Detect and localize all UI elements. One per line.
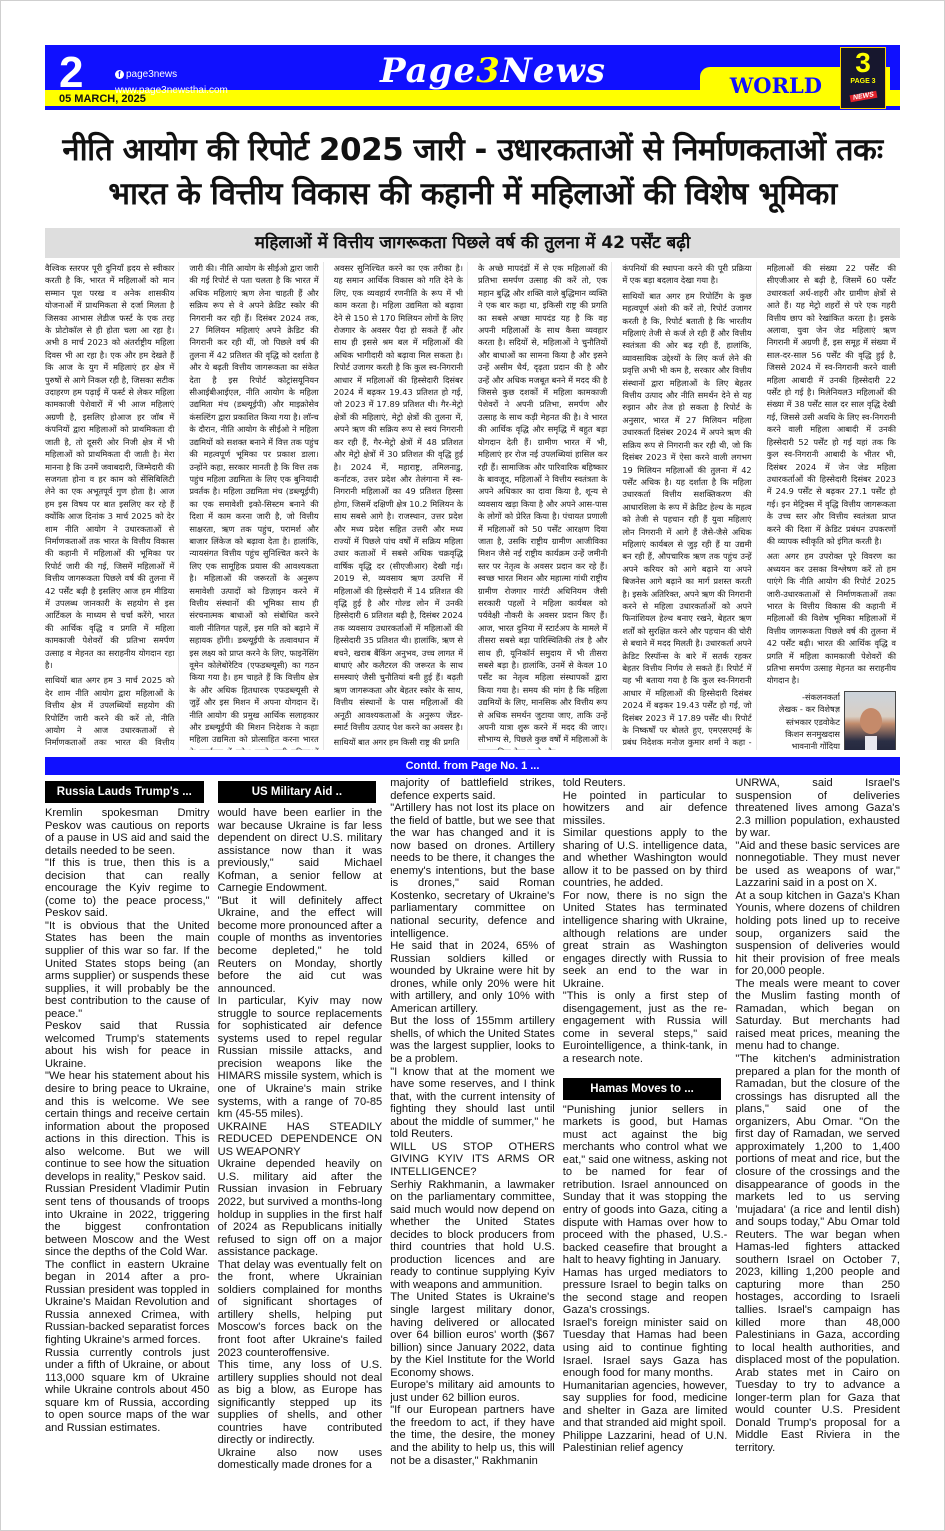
- hindi-column-2: जारी की। नीति आयोग के सीईओ द्वारा जारी क…: [189, 262, 323, 750]
- author-photo: [844, 691, 896, 750]
- english-column-2: US Military Aid .. would have been earli…: [218, 777, 383, 1487]
- continued-articles: Russia Lauds Trump's ... Kremlin spokesm…: [45, 777, 900, 1487]
- english-column-4: told Reuters. He pointed in particular t…: [563, 777, 728, 1487]
- hindi-column-4: के अच्छे मापदंडों में से एक महिलाओं की प…: [478, 262, 612, 750]
- hindi-column-1: वैश्विक स्तरपर पूरी दुनियाँ ह्रदय से स्व…: [45, 262, 179, 750]
- issue-date: 05 MARCH, 2025: [59, 93, 146, 105]
- hindi-column-5: कंपनियों की स्थापना करने की पूरी प्रक्रि…: [622, 262, 756, 750]
- section-tag-us-military-aid[interactable]: US Military Aid ..: [218, 781, 377, 803]
- social-handle[interactable]: fpage3news: [115, 69, 177, 80]
- subheadline: महिलाओं में वित्तीय जागरूकता पिछले वर्ष …: [45, 228, 900, 258]
- english-column-5: UNRWA, said Israel's suspension of deliv…: [735, 777, 900, 1487]
- headline-line-2: भारत के वित्तीय विकास की कहानी में महिला…: [45, 172, 900, 214]
- article-subheading: UKRAINE HAS STEADILY REDUCED DEPENDENCE …: [218, 1121, 383, 1159]
- english-column-1: Russia Lauds Trump's ... Kremlin spokesm…: [45, 777, 210, 1487]
- hindi-column-6: महिलाओं की संख्या 22 पर्सेंट की सीएजीआर …: [767, 262, 900, 750]
- continued-from-page-bar: Contd. from Page No. 1 ...: [45, 757, 900, 775]
- section-tag-hamas[interactable]: Hamas Moves to ...: [563, 1078, 722, 1100]
- article-subheading: WILL US STOP OTHERS GIVING KYIV ITS ARMS…: [390, 1141, 555, 1179]
- hindi-column-3: अवसर सुनिश्चित करने का एक तरीका है। यह स…: [334, 262, 468, 750]
- headline-line-1: नीति आयोग की रिपोर्ट 2025 जारी - उधारकता…: [45, 128, 900, 170]
- page3-news-badge: 3 PAGE 3 NEWS: [840, 47, 886, 109]
- newspaper-logo: Page3News: [380, 51, 606, 91]
- section-label: WORLD: [730, 73, 822, 98]
- english-column-3: majority of battlefield strikes, defence…: [390, 777, 555, 1487]
- masthead: 2 fpage3news www.page3newsthai.com 05 MA…: [45, 45, 900, 110]
- facebook-icon: f: [115, 70, 124, 79]
- section-tag-russia[interactable]: Russia Lauds Trump's ...: [45, 781, 204, 803]
- hindi-article-body: वैश्विक स्तरपर पूरी दुनियाँ ह्रदय से स्व…: [45, 262, 900, 750]
- author-byline: -संकलनकर्ता लेखक - कर विशेषज्ञ स्तंभकार …: [767, 691, 896, 750]
